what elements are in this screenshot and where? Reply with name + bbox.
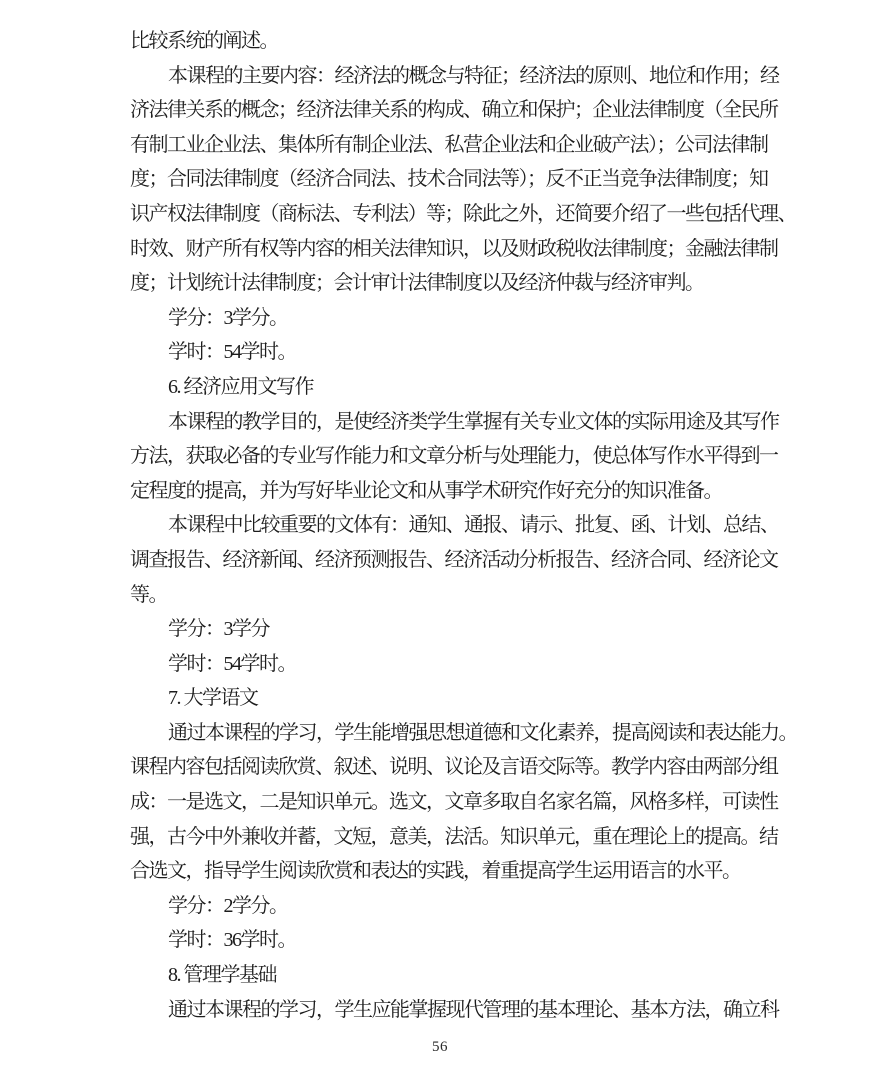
document-page: 比较系统的阐述。本课程的主要内容：经济法的概念与特征；经济法的原则、地位和作用；… xyxy=(0,0,880,1084)
text-line: 本课程的主要内容：经济法的概念与特征；经济法的原则、地位和作用；经 xyxy=(130,59,756,94)
text-line: 课程内容包括阅读欣赏、叙述、说明、议论及言语交际等。教学内容由两部分组 xyxy=(130,750,756,785)
text-line: 学时：36学时。 xyxy=(130,923,756,958)
text-line: 有制工业企业法、集体所有制企业法、私营企业法和企业破产法）；公司法律制 xyxy=(130,128,756,163)
text-line: 等。 xyxy=(130,578,756,613)
text-line: 6. 经济应用文写作 xyxy=(130,370,756,405)
text-line: 调查报告、经济新闻、经济预测报告、经济活动分析报告、经济合同、经济论文 xyxy=(130,543,756,578)
text-line: 成：一是选文，二是知识单元。选文，文章多取自名家名篇，风格多样，可读性 xyxy=(130,785,756,820)
text-line: 定程度的提高，并为写好毕业论文和从事学术研究作好充分的知识准备。 xyxy=(130,474,756,509)
text-line: 本课程的教学目的，是使经济类学生掌握有关专业文体的实际用途及其写作 xyxy=(130,405,756,440)
text-line: 合选文，指导学生阅读欣赏和表达的实践，着重提高学生运用语言的水平。 xyxy=(130,854,756,889)
text-line: 学分：2学分。 xyxy=(130,889,756,924)
text-line: 识产权法律制度（商标法、专利法）等；除此之外，还简要介绍了一些包括代理、 xyxy=(130,197,756,232)
text-line: 方法，获取必备的专业写作能力和文章分析与处理能力，使总体写作水平得到一 xyxy=(130,439,756,474)
page-number: 56 xyxy=(432,1039,448,1055)
text-line: 通过本课程的学习，学生应能掌握现代管理的基本理论、基本方法，确立科 xyxy=(130,993,756,1028)
text-line: 济法律关系的概念；经济法律关系的构成、确立和保护；企业法律制度（全民所 xyxy=(130,93,756,128)
text-line: 度；计划统计法律制度；会计审计法律制度以及经济仲裁与经济审判。 xyxy=(130,266,756,301)
text-line: 比较系统的阐述。 xyxy=(130,24,756,59)
text-line: 时效、财产所有权等内容的相关法律知识，以及财政税收法律制度；金融法律制 xyxy=(130,232,756,267)
text-line: 学分：3学分。 xyxy=(130,301,756,336)
text-line: 通过本课程的学习，学生能增强思想道德和文化素养，提高阅读和表达能力。 xyxy=(130,716,756,751)
text-line: 本课程中比较重要的文体有：通知、通报、请示、批复、函、计划、总结、 xyxy=(130,508,756,543)
page-footer: 56 xyxy=(0,1038,880,1056)
text-line: 7. 大学语文 xyxy=(130,681,756,716)
document-body: 比较系统的阐述。本课程的主要内容：经济法的概念与特征；经济法的原则、地位和作用；… xyxy=(130,24,756,1027)
text-line: 度；合同法律制度（经济合同法、技术合同法等）；反不正当竞争法律制度；知 xyxy=(130,162,756,197)
text-line: 8. 管理学基础 xyxy=(130,958,756,993)
text-line: 强，古今中外兼收并蓄，文短，意美，法活。知识单元，重在理论上的提高。结 xyxy=(130,820,756,855)
text-line: 学时：54学时。 xyxy=(130,647,756,682)
text-line: 学时：54学时。 xyxy=(130,335,756,370)
text-line: 学分：3学分 xyxy=(130,612,756,647)
